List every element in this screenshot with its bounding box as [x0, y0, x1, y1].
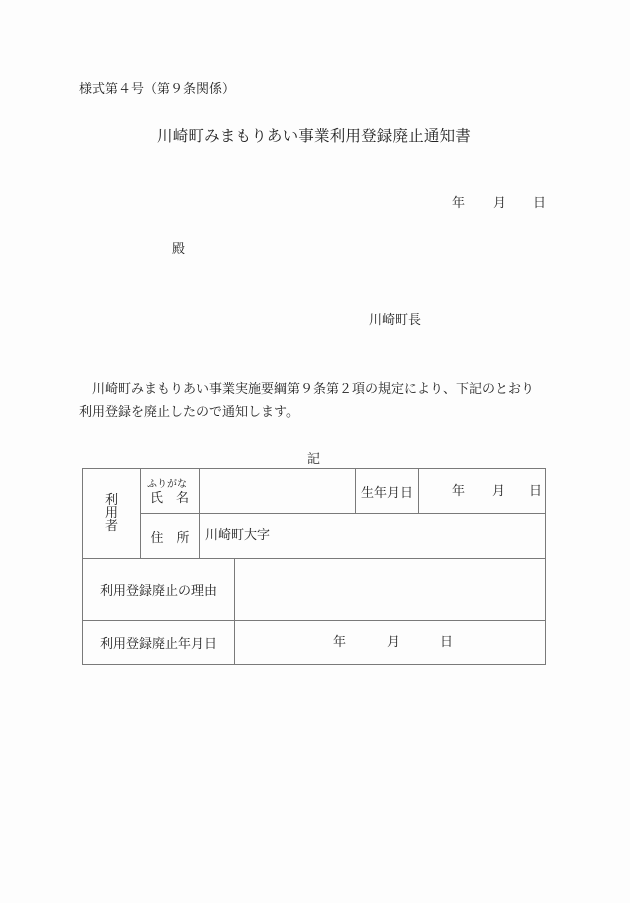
- birth-year-label: 年: [452, 484, 465, 500]
- birthdate-label: 生年月日: [356, 469, 418, 513]
- birth-month-label: 月: [492, 484, 505, 500]
- reason-label: 利用登録廃止の理由: [83, 559, 234, 620]
- name-input[interactable]: [200, 469, 355, 513]
- issue-year-label: 年: [452, 196, 465, 212]
- birth-day-label: 日: [529, 484, 542, 500]
- birthdate-input[interactable]: 年 月 日: [419, 469, 545, 513]
- reason-input[interactable]: [235, 559, 545, 620]
- table-border-bottom: [82, 664, 546, 665]
- cancel-month-label: 月: [387, 635, 400, 651]
- body-line-2: 利用登録を廃止したので通知します。: [79, 405, 299, 421]
- address-label: 住 所: [141, 514, 199, 558]
- cancel-day-label: 日: [440, 635, 453, 651]
- furigana-label: ふりがな: [147, 475, 187, 490]
- ki-heading: 記: [307, 452, 320, 468]
- body-line-1: 川崎町みまもりあい事業実施要綱第９条第２項の規定により、下記のとおり: [92, 382, 534, 398]
- divider-name-address: [140, 513, 546, 514]
- name-label: 氏 名: [150, 491, 189, 507]
- name-label-cell: ふりがな 氏 名: [141, 469, 199, 513]
- user-group-char-3: 者: [105, 520, 118, 533]
- addressee-suffix: 殿: [172, 242, 185, 258]
- table-border-right: [545, 468, 546, 665]
- issue-day-label: 日: [533, 196, 546, 212]
- cancel-year-label: 年: [333, 635, 346, 651]
- sender-name: 川崎町長: [369, 313, 421, 329]
- document-title: 川崎町みまもりあい事業利用登録廃止通知書: [157, 126, 471, 146]
- cancel-date-input[interactable]: 年 月 日: [235, 621, 545, 664]
- form-number: 様式第４号（第９条関係）: [79, 82, 235, 98]
- cancel-date-label: 利用登録廃止年月日: [83, 621, 234, 664]
- issue-month-label: 月: [493, 196, 506, 212]
- address-input[interactable]: 川崎町大字: [205, 528, 270, 544]
- user-group-label: 利 用 者: [83, 469, 140, 558]
